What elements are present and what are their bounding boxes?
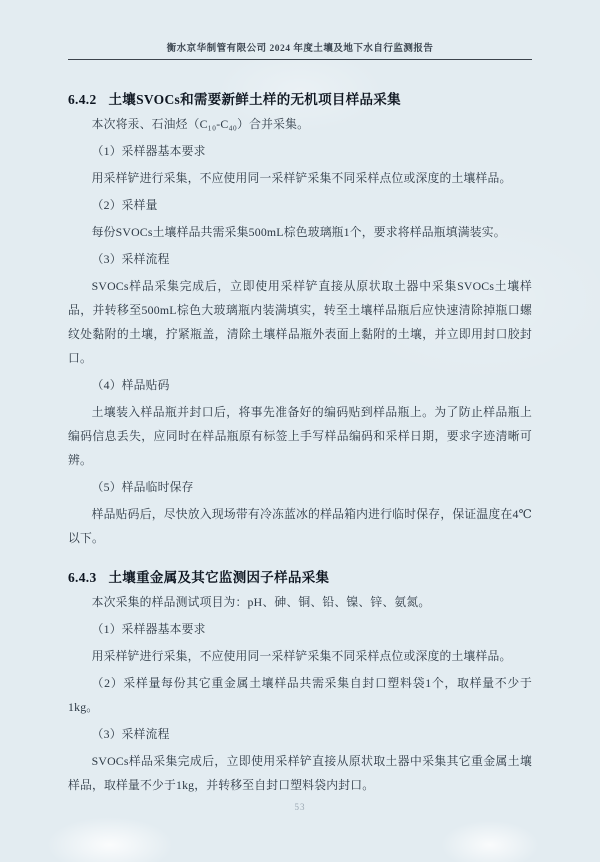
list-item-heading: （1）采样器基本要求 bbox=[68, 139, 532, 163]
paragraph: 用采样铲进行采集，不应使用同一采样铲采集不同采样点位或深度的土壤样品。 bbox=[68, 644, 532, 668]
section-title: 土壤重金属及其它监测因子样品采集 bbox=[109, 570, 330, 585]
section-title: 土壤SVOCs和需要新鲜土样的无机项目样品采集 bbox=[109, 92, 401, 107]
section-number: 6.4.3 bbox=[68, 570, 97, 585]
paragraph: 土壤装入样品瓶并封口后，将事先准备好的编码贴到样品瓶上。为了防止样品瓶上编码信息… bbox=[68, 400, 532, 472]
paragraph: SVOCs样品采集完成后，立即使用采样铲直接从原状取土器中采集SVOCs土壤样品… bbox=[68, 274, 532, 370]
section-number: 6.4.2 bbox=[68, 92, 97, 107]
list-item-heading: （1）采样器基本要求 bbox=[68, 617, 532, 641]
page-number: 53 bbox=[0, 802, 600, 812]
paragraph: 样品贴码后，尽快放入现场带有冷冻蓝冰的样品箱内进行临时保存，保证温度在4℃以下。 bbox=[68, 502, 532, 550]
paragraph: SVOCs样品采集完成后，立即使用采样铲直接从原状取土器中采集其它重金属土壤样品… bbox=[68, 749, 532, 797]
list-item-heading: （3）采样流程 bbox=[68, 722, 532, 746]
list-item-heading: （4）样品贴码 bbox=[68, 373, 532, 397]
report-header-title: 衡水京华制管有限公司 2024 年度土壤及地下水自行监测报告 bbox=[68, 40, 532, 60]
paragraph: 本次将汞、石油烃（C₁₀-C₄₀）合并采集。 bbox=[68, 112, 532, 136]
paragraph: 用采样铲进行采集，不应使用同一采样铲采集不同采样点位或深度的土壤样品。 bbox=[68, 166, 532, 190]
document-page: 衡水京华制管有限公司 2024 年度土壤及地下水自行监测报告 6.4.2土壤SV… bbox=[0, 0, 600, 797]
section-6-4-2: 6.4.2土壤SVOCs和需要新鲜土样的无机项目样品采集 本次将汞、石油烃（C₁… bbox=[68, 88, 532, 550]
list-item-heading: （2）采样量每份其它重金属土壤样品共需采集自封口塑料袋1个，取样量不少于1kg。 bbox=[68, 671, 532, 719]
paragraph: 每份SVOCs土壤样品共需采集500mL棕色玻璃瓶1个，要求将样品瓶填满装实。 bbox=[68, 220, 532, 244]
list-item-heading: （2）采样量 bbox=[68, 193, 532, 217]
paragraph: 本次采集的样品测试项目为：pH、砷、铜、铅、镍、锌、氨氮。 bbox=[68, 590, 532, 614]
section-6-4-3: 6.4.3土壤重金属及其它监测因子样品采集 本次采集的样品测试项目为：pH、砷、… bbox=[68, 566, 532, 797]
list-item-heading: （5）样品临时保存 bbox=[68, 475, 532, 499]
section-heading: 6.4.3土壤重金属及其它监测因子样品采集 bbox=[68, 566, 532, 586]
section-heading: 6.4.2土壤SVOCs和需要新鲜土样的无机项目样品采集 bbox=[68, 88, 532, 108]
list-item-heading: （3）采样流程 bbox=[68, 247, 532, 271]
